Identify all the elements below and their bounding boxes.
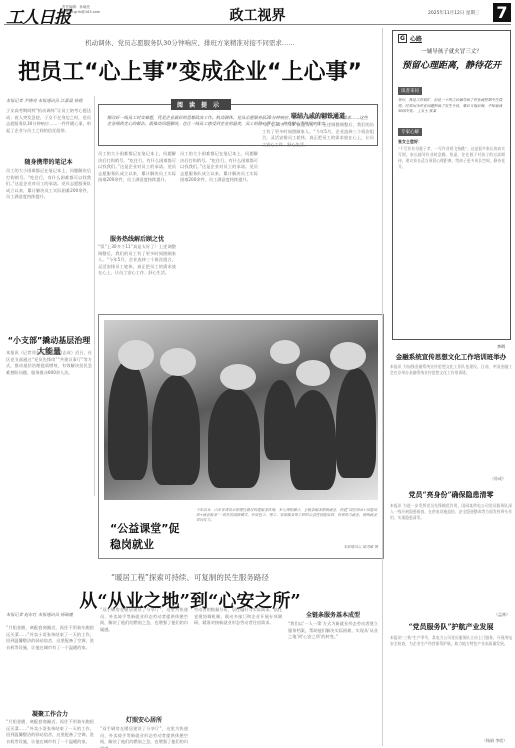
second-subhead-2: 灯照安心居所 (100, 715, 188, 724)
right-story-3-text: 本报讯“三秋”生产季节，某电力公司党员服务队主动上门服务，开展用电安全检查，为企… (390, 635, 512, 739)
column-rule (94, 96, 95, 496)
small-story-text: 本报讯（记者刘友婷 通讯员何志成）近日，社区党支部通过“党员先锋岗”“共建议事厅… (6, 350, 92, 498)
right-story-2-credit: （孟林） (494, 612, 510, 618)
expert-answer-text: “不写作业母慈子孝，一写作业鸡飞狗跳”，这是很多家长的真实写照。家长辅导作业时急… (398, 146, 505, 344)
second-col3-text: 劳动者的数量分布、居住偏好与实际需求，依托党建协调机制，联动多部门和企业开展专项… (194, 607, 282, 747)
lead-col4-text: “饭”上30多个11”真是太好了！上述调整调整后，我们的员工有了更多时间照顾家人… (262, 122, 374, 296)
right-story-3-headline: “党员服务队”护航产业发展 (390, 622, 512, 632)
lead-col2-text: 员工的大小困难都记在笔记本上，问题解决后打钩销号。“吃住行，有什么困难都可以找我… (98, 151, 176, 231)
column-name: 心路 (410, 34, 422, 43)
second-col2b-text: “双手刷房在暖居建设了分享厅”，这里为快递员、外卖骑手等新就业形态劳动者提供休憩… (100, 726, 188, 748)
second-col1-text: “月租金随、离配套商圈近，再往不用骑车跑很远买菜……”外卖小哥张伟结束了一天的工… (6, 625, 94, 705)
column-xinlu-box: G 心路 一辅导孩子就火冒三丈？ 预留心理距离，静待花开 读者来问 您好，我是工… (392, 30, 511, 340)
lead-col3-text: 员工的大小困难都记在笔记本上，问题解决后打钩销号。“吃住行，有什么困难都可以找我… (180, 151, 258, 296)
lead-col1-text: 员工的大小困难都记在笔记本上，问题解决后打钩销号。“吃住行，有什么困难都可以找我… (6, 168, 91, 318)
sidebar-kicker: 一辅导孩子就火冒三丈？ (398, 47, 505, 55)
second-col2-text: “双手刷房在暖居建设了分享厅”，这里为快递员、外卖骑手等新就业形态劳动者提供休憩… (100, 607, 188, 712)
sidebar-headline: 预留心理距离，静待花开 (398, 58, 505, 71)
right-story-1-headline: 金融系统宣传思想文化工作培训班举办 (390, 352, 512, 361)
expert-answer-tag: 专家心解 (398, 128, 422, 136)
reader-question-text: 您好，我是工作很忙，但是一下班之后辅导孩子作业就控制不住情绪，经常因为作业问题和… (398, 98, 505, 115)
reading-tips-label: 阅读提示 (171, 99, 231, 110)
right-story-1-credit: （孙成） (490, 476, 506, 482)
second-subhead-1: 凝聚工作合力 (6, 709, 94, 718)
news-photo (104, 320, 378, 500)
lead-headline: 把员工“心上事”变成企业“上心事” (4, 55, 376, 86)
photo-caption-title: “公益课堂”促稳岗就业 (110, 520, 190, 552)
page-number: 7 (493, 3, 511, 22)
lead-col2b-text: “饭”上30多个11”真是太好了！上述调整调整后，我们的员工有了更多时间照顾家人… (98, 244, 176, 296)
lead-byline: 本报记者 尹晓亮 本报通讯员 江嘉晨 杨毅 (6, 98, 91, 104)
issue-date: 2025年11月12日 星期三 (428, 10, 479, 16)
right-story-2-headline: 党员“亮身份”确保隐患清零 (390, 490, 512, 500)
second-kicker: “暖居工程”探索可持续、可复制的民生服务路径 (4, 572, 376, 583)
right-story-2-text: 本报讯 为进一步发挥党员先锋模范作用，国网某供电公司党员服务队深入一线开展隐患排… (390, 503, 512, 611)
second-col4-text: “我们以‘一人一策’方式为新就业形态劳动者建立服务档案，帮助他们解决实际困难，实… (288, 621, 378, 747)
photo-caption-text: 今年以来，山东省青岛市即墨区通过构建服务阵地、多元课程融合，全链条服务稳岗就业，… (196, 508, 378, 544)
right-story-3-credit: （杨娟 李欣） (482, 738, 507, 744)
photo-credit: 本报通讯员 梁秀雁 摄 (300, 545, 378, 550)
lead-subhead-2: 服务热线解后顾之忧 (98, 234, 176, 243)
reader-question-tag: 读者来问 (398, 87, 422, 95)
expert-signoff: 李明 (398, 344, 505, 350)
column-badge-icon: G (398, 34, 407, 43)
second-subhead-3: 全链条服务基本成型 (288, 610, 378, 619)
header-divider (4, 24, 511, 25)
lead-kicker: 机动调休、党员志愿服务队30分钟响应、排班方案精准对接不同需求…… (4, 38, 376, 47)
second-col1b-text: “月租金随、离配套商圈近，再往不用骑车跑很远买菜……”外卖小哥张伟结束了一天的工… (6, 719, 94, 747)
lead-intro: 子女高考期间特“机动调休”让员工陪考心愿达成；夜人突发急症，子女不在身边之时，党… (6, 108, 91, 154)
right-story-1-text: 本报讯 为加强金融系统宣传思想文化工作队伍建设，日前，中国金融工会在京举办金融系… (390, 364, 512, 482)
right-column-rule (382, 28, 383, 746)
expert-greeting: 张女士您好： (398, 139, 505, 145)
lead-subhead-1: 随身携带的笔记本 (6, 157, 91, 166)
second-byline: 本报记者 赵东红 本报通讯员 杨瑞捷 (6, 612, 96, 618)
lead-subhead-3: 联结九成的钢铁通道 (262, 111, 374, 120)
